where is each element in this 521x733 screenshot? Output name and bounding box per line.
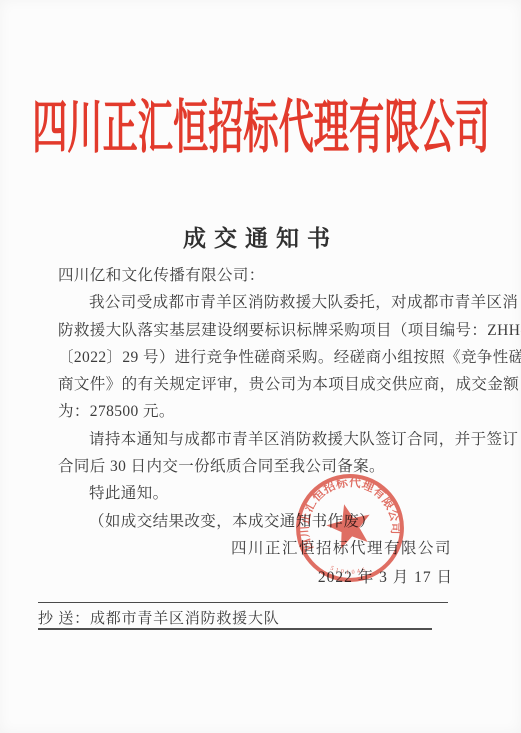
scanned-document-page: 四川正汇恒招标代理有限公司 成交通知书 四川亿和文化传播有限公司： 我公司受成都… [0,0,521,733]
divider [38,602,448,603]
body-line: 〔2022〕29 号）进行竞争性磋商采购。经磋商小组按照《竞争性磋 [58,344,490,371]
letter-body: 四川亿和文化传播有限公司： 我公司受成都市青羊区消防救援大队委托，对成都市青羊区… [58,262,490,535]
company-letterhead-text: 四川正汇恒招标代理有限公司 [32,76,490,180]
body-line: 我公司受成都市青羊区消防救援大队委托，对成都市青羊区消 [58,289,490,316]
cc-line: 抄 送：成都市青羊区消防救援大队 [38,607,280,628]
divider [38,628,432,630]
body-line: 请持本通知与成都市青羊区消防救援大队签订合同，并于签订 [58,426,490,453]
body-line: 特此通知。 [58,480,490,507]
body-line: 合同后 30 日内交一份纸质合同至我公司备案。 [58,453,490,480]
company-letterhead: 四川正汇恒招标代理有限公司 [0,92,521,164]
body-line: 防救援大队落实基层建设纲要标识标牌采购项目（项目编号：ZHH-F [58,317,490,344]
signature-date: 2022 年 3 月 17 日 [318,565,453,587]
document-title: 成交通知书 [0,220,521,253]
signature-company: 四川正汇恒招标代理有限公司 [231,536,452,558]
body-line: 为：278500 元。 [58,398,490,425]
recipient-line: 四川亿和文化传播有限公司： [58,262,490,289]
body-line: （如成交结果改变，本成交通知书作废） [58,508,490,535]
body-line: 商文件》的有关规定评审，贵公司为本项目成交供应商，成交金额 [58,371,490,398]
